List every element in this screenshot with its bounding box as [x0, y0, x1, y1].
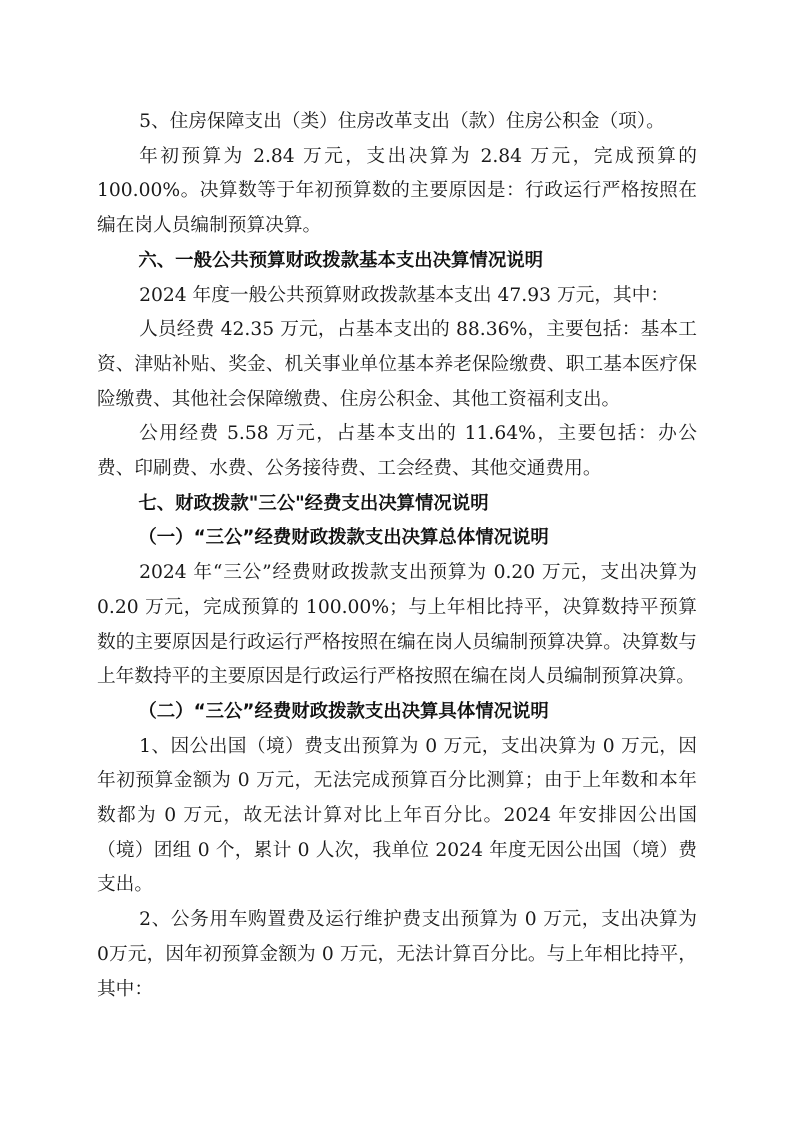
document-page: 5、住房保障支出（类）住房改革支出（款）住房公积金（项）。 年初预算为 2.84…	[97, 105, 697, 1007]
paragraph-overseas-travel: 1、因公出国（境）费支出预算为 0 万元，支出决算为 0 万元，因年初预算金额为…	[97, 730, 697, 904]
paragraph-housing-fund-budget: 年初预算为 2.84 万元，支出决算为 2.84 万元，完成预算的100.00%…	[97, 140, 697, 244]
paragraph-basic-expenditure-total: 2024 年度一般公共预算财政拨款基本支出 47.93 万元，其中：	[97, 279, 697, 314]
paragraph-personnel-expenses: 人员经费 42.35 万元，占基本支出的 88.36%，主要包括：基本工资、津贴…	[97, 313, 697, 417]
subsection-heading-overall: （一）“三公”经费财政拨款支出决算总体情况说明	[97, 521, 697, 556]
paragraph-housing-fund-item: 5、住房保障支出（类）住房改革支出（款）住房公积金（项）。	[97, 105, 697, 140]
section-heading-three-public: 七、财政拨款"三公"经费支出决算情况说明	[97, 487, 697, 522]
paragraph-official-vehicles: 2、公务用车购置费及运行维护费支出预算为 0 万元，支出决算为 0万元，因年初预…	[97, 903, 697, 1007]
section-heading-basic-expenditure: 六、一般公共预算财政拨款基本支出决算情况说明	[97, 244, 697, 279]
paragraph-public-expenses: 公用经费 5.58 万元，占基本支出的 11.64%，主要包括：办公费、印刷费、…	[97, 417, 697, 486]
paragraph-three-public-overall: 2024 年“三公”经费财政拨款支出预算为 0.20 万元，支出决算为0.20 …	[97, 556, 697, 695]
subsection-heading-specific: （二）“三公”经费财政拨款支出决算具体情况说明	[97, 695, 697, 730]
